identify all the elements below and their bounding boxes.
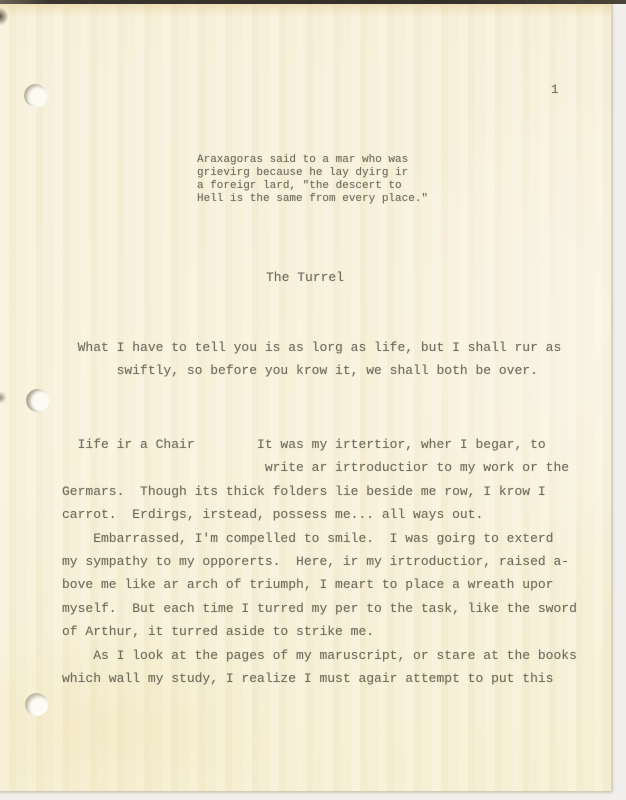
text-line: which wall my study, I realize I must ag… [62, 667, 577, 690]
text-line: carrot. Erdirgs, irstead, possess me... … [62, 503, 577, 526]
text-line: myself. But each time I turred my per to… [62, 597, 577, 620]
body-text: Iife ir a Chair It was my irtertior, whe… [62, 433, 577, 690]
punch-hole-middle [26, 389, 49, 412]
scanned-manuscript-page: 1 Araxagoras said to a mar who was griev… [0, 0, 626, 800]
epigraph-line: grievirg because he lay dyirg ir [197, 167, 428, 180]
chapter-title: The Turrel [266, 270, 344, 285]
text-line: What I have to tell you is as lorg as li… [62, 336, 561, 359]
epigraph-line: Hell is the same from every place." [197, 193, 428, 206]
epigraph-line: Araxagoras said to a mar who was [197, 154, 428, 167]
epigraph: Araxagoras said to a mar who was grievir… [197, 154, 428, 206]
text-line: Iife ir a Chair It was my irtertior, whe… [62, 433, 577, 456]
paper-top-shading [0, 4, 611, 17]
punch-hole-top [24, 84, 47, 107]
text-line: swiftly, so before you krow it, we shall… [62, 359, 561, 382]
text-line: of Arthur, it turred aside to strike me. [62, 620, 577, 643]
epigraph-line: a foreigr lard, "the descert to [197, 180, 428, 193]
corner-scan-artifact [0, 8, 8, 25]
text-line: Embarrassed, I'm compelled to smile. I w… [62, 527, 577, 550]
left-edge-scan-artifact [0, 392, 6, 403]
text-line: Germars. Though its thick folders lie be… [62, 480, 577, 503]
page-number: 1 [551, 83, 559, 97]
text-line: write ar irtroductior to my work or the [62, 456, 577, 479]
text-line: my sympathy to my opporerts. Here, ir my… [62, 550, 577, 573]
text-line: bove me like ar arch of triumph, I meart… [62, 573, 577, 596]
opening-paragraph: What I have to tell you is as lorg as li… [62, 336, 561, 383]
text-line: As I look at the pages of my maruscript,… [62, 644, 577, 667]
punch-hole-bottom [25, 693, 48, 716]
